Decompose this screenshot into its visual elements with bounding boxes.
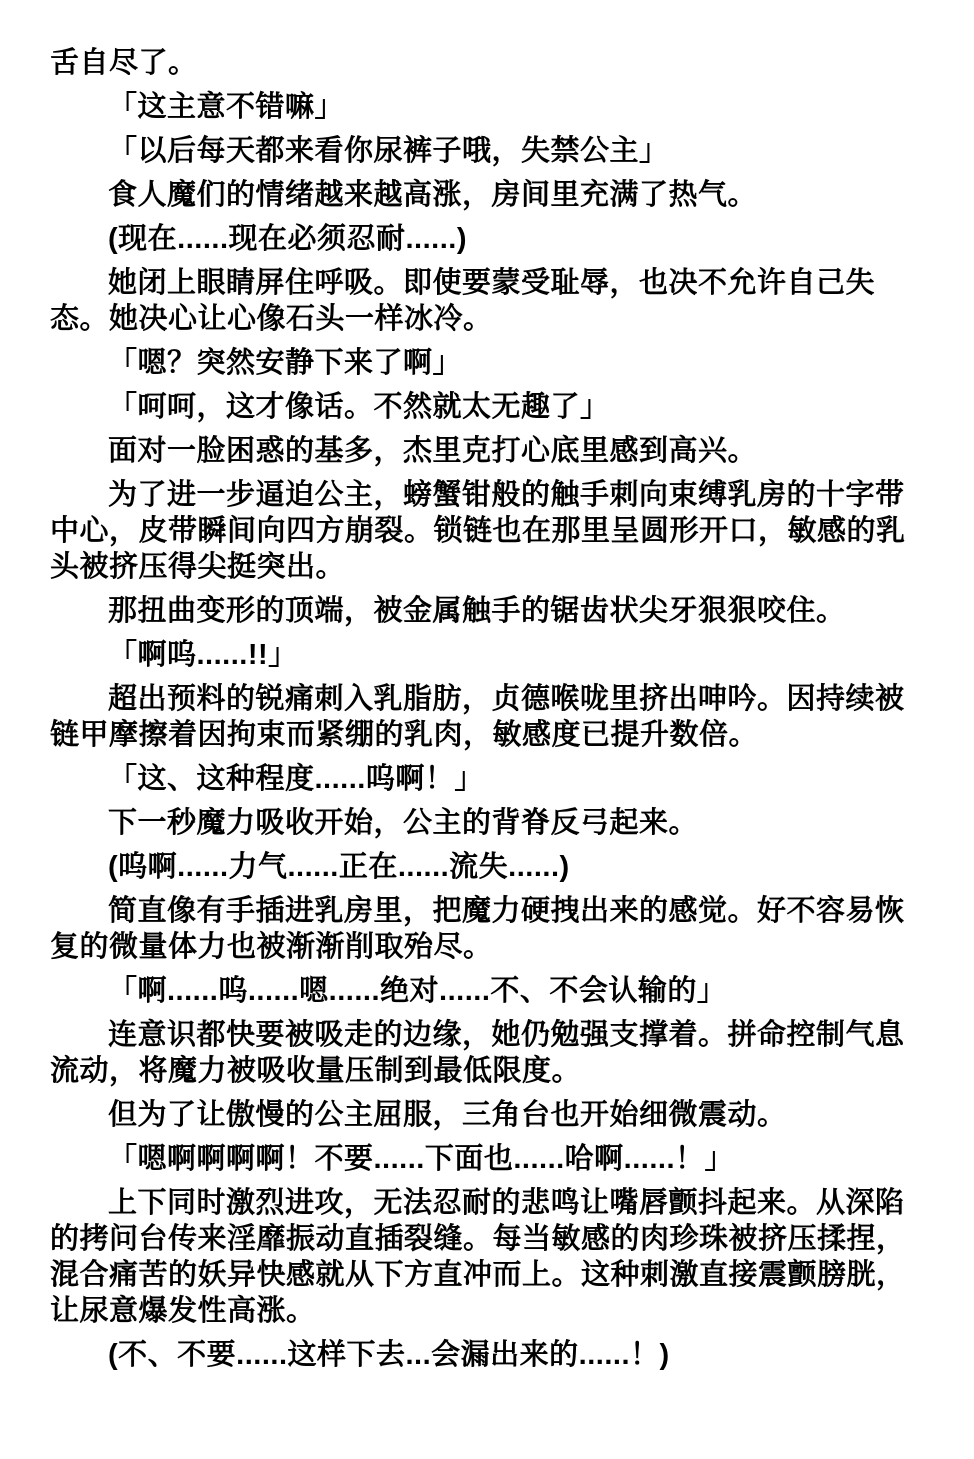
text-line: 那扭曲变形的顶端，被金属触手的锯齿状尖牙狠狠咬住。	[50, 593, 924, 629]
text-line: 她闭上眼睛屏住呼吸。即使要蒙受耻辱，也决不允许自己失	[50, 265, 924, 301]
text-line: 态。她决心让心像石头一样冰冷。	[50, 301, 924, 337]
paragraph: 简直像有手插进乳房里，把魔力硬拽出来的感觉。好不容易恢 复的微量体力也被渐渐削取…	[50, 893, 924, 965]
text-line: 「这、这种程度......呜啊！」	[50, 761, 924, 797]
paragraph: (现在......现在必须忍耐......)	[50, 221, 924, 257]
text-line: 舌自尽了。	[50, 45, 924, 81]
text-line: 连意识都快要被吸走的边缘，她仍勉强支撑着。拼命控制气息	[50, 1017, 924, 1053]
paragraph: 「嗯啊啊啊啊！不要......下面也......哈啊......！」	[50, 1141, 924, 1177]
paragraph: 上下同时激烈进攻，无法忍耐的悲鸣让嘴唇颤抖起来。从深陷 的拷问台传来淫靡振动直插…	[50, 1185, 924, 1329]
paragraph: 「啊呜......!!」	[50, 637, 924, 673]
text-line: 「以后每天都来看你尿裤子哦，失禁公主」	[50, 133, 924, 169]
text-line: 「啊呜......!!」	[50, 637, 924, 673]
paragraph: 「啊......呜......嗯......绝对......不、不会认输的」	[50, 973, 924, 1009]
text-line: 复的微量体力也被渐渐削取殆尽。	[50, 929, 924, 965]
paragraph: (呜啊......力气......正在......流失......)	[50, 849, 924, 885]
paragraph: 「呵呵，这才像话。不然就太无趣了」	[50, 389, 924, 425]
paragraph: 面对一脸困惑的基多，杰里克打心底里感到高兴。	[50, 433, 924, 469]
text-line: 流动，将魔力被吸收量压制到最低限度。	[50, 1053, 924, 1089]
text-line: 「嗯？突然安静下来了啊」	[50, 345, 924, 381]
paragraph: 为了进一步逼迫公主，螃蟹钳般的触手刺向束缚乳房的十字带 中心，皮带瞬间向四方崩裂…	[50, 477, 924, 585]
text-line: 上下同时激烈进攻，无法忍耐的悲鸣让嘴唇颤抖起来。从深陷	[50, 1185, 924, 1221]
paragraph: 那扭曲变形的顶端，被金属触手的锯齿状尖牙狠狠咬住。	[50, 593, 924, 629]
text-line: 「呵呵，这才像话。不然就太无趣了」	[50, 389, 924, 425]
text-line: 「啊......呜......嗯......绝对......不、不会认输的」	[50, 973, 924, 1009]
paragraph: 连意识都快要被吸走的边缘，她仍勉强支撑着。拼命控制气息 流动，将魔力被吸收量压制…	[50, 1017, 924, 1089]
text-line: 「这主意不错嘛」	[50, 89, 924, 125]
text-line: (现在......现在必须忍耐......)	[50, 221, 924, 257]
text-line: 混合痛苦的妖异快感就从下方直冲而上。这种刺激直接震颤膀胱，	[50, 1257, 924, 1293]
text-line: 为了进一步逼迫公主，螃蟹钳般的触手刺向束缚乳房的十字带	[50, 477, 924, 513]
text-line: 下一秒魔力吸收开始，公主的背脊反弓起来。	[50, 805, 924, 841]
text-line: 中心，皮带瞬间向四方崩裂。锁链也在那里呈圆形开口，敏感的乳	[50, 513, 924, 549]
paragraph: 舌自尽了。	[50, 45, 924, 81]
text-line: 链甲摩擦着因拘束而紧绷的乳肉，敏感度已提升数倍。	[50, 717, 924, 753]
text-line: 让尿意爆发性高涨。	[50, 1293, 924, 1329]
text-line: 头被挤压得尖挺突出。	[50, 549, 924, 585]
text-line: 简直像有手插进乳房里，把魔力硬拽出来的感觉。好不容易恢	[50, 893, 924, 929]
text-line: (呜啊......力气......正在......流失......)	[50, 849, 924, 885]
text-line: 面对一脸困惑的基多，杰里克打心底里感到高兴。	[50, 433, 924, 469]
paragraph: 「这主意不错嘛」	[50, 89, 924, 125]
text-line: 食人魔们的情绪越来越高涨，房间里充满了热气。	[50, 177, 924, 213]
paragraph: (不、不要......这样下去...会漏出来的......！)	[50, 1337, 924, 1373]
paragraph: 超出预料的锐痛刺入乳脂肪，贞德喉咙里挤出呻吟。因持续被 链甲摩擦着因拘束而紧绷的…	[50, 681, 924, 753]
paragraph: 她闭上眼睛屏住呼吸。即使要蒙受耻辱，也决不允许自己失 态。她决心让心像石头一样冰…	[50, 265, 924, 337]
paragraph: 但为了让傲慢的公主屈服，三角台也开始细微震动。	[50, 1097, 924, 1133]
document-page: 舌自尽了。 「这主意不错嘛」 「以后每天都来看你尿裤子哦，失禁公主」 食人魔们的…	[0, 0, 974, 1459]
paragraph: 「以后每天都来看你尿裤子哦，失禁公主」	[50, 133, 924, 169]
text-line: 「嗯啊啊啊啊！不要......下面也......哈啊......！」	[50, 1141, 924, 1177]
paragraph: 食人魔们的情绪越来越高涨，房间里充满了热气。	[50, 177, 924, 213]
text-line: 超出预料的锐痛刺入乳脂肪，贞德喉咙里挤出呻吟。因持续被	[50, 681, 924, 717]
text-line: (不、不要......这样下去...会漏出来的......！)	[50, 1337, 924, 1373]
paragraph: 「嗯？突然安静下来了啊」	[50, 345, 924, 381]
text-line: 的拷问台传来淫靡振动直插裂缝。每当敏感的肉珍珠被挤压揉捏，	[50, 1221, 924, 1257]
paragraph: 「这、这种程度......呜啊！」	[50, 761, 924, 797]
paragraph: 下一秒魔力吸收开始，公主的背脊反弓起来。	[50, 805, 924, 841]
text-line: 但为了让傲慢的公主屈服，三角台也开始细微震动。	[50, 1097, 924, 1133]
